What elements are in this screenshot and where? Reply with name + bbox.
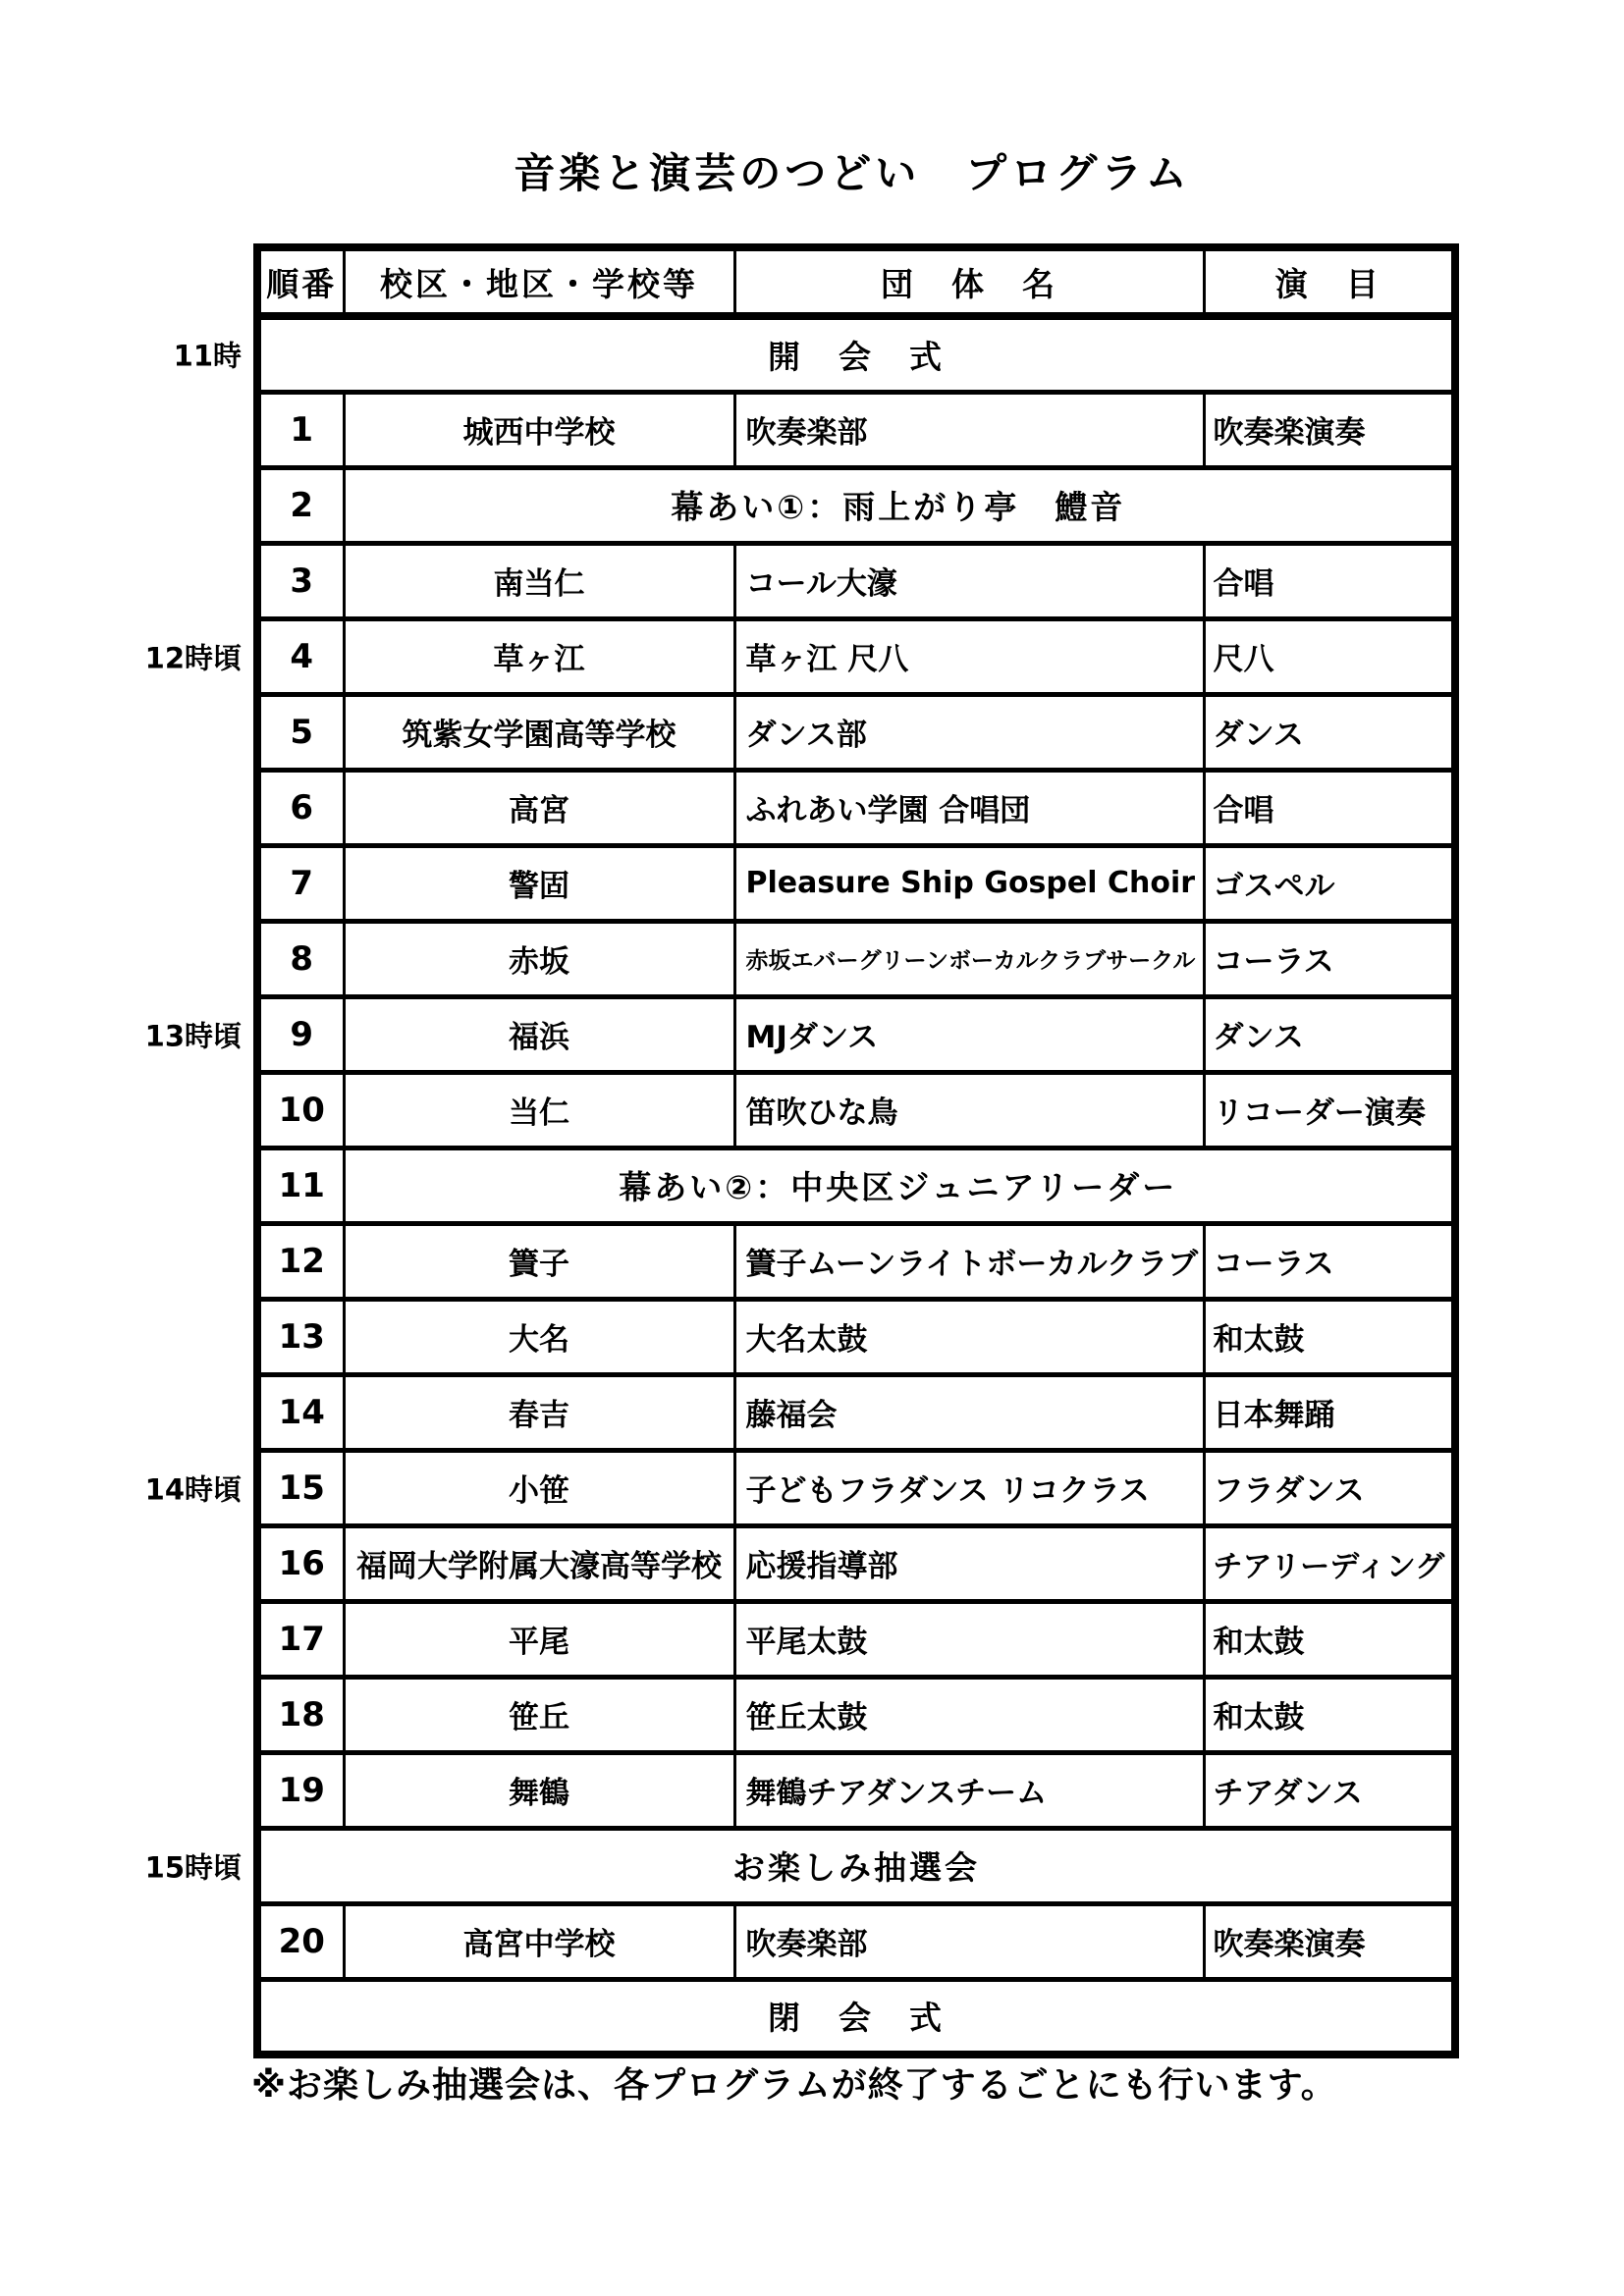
order-cell: 19 (257, 1752, 344, 1828)
table-row: 8赤坂赤坂エバーグリーンボーカルクラブサークルコーラス (257, 921, 1455, 996)
group-cell: 笹丘太鼓 (734, 1677, 1204, 1752)
order-cell: 17 (257, 1601, 344, 1677)
district-cell: 福岡大学附属大濠高等学校 (344, 1525, 734, 1601)
act-cell: 日本舞踊 (1204, 1374, 1455, 1450)
section-cell: 幕あい①：雨上がり亭 鱧音 (344, 467, 1455, 543)
group-cell: 子どもフラダンス リコクラス (734, 1450, 1204, 1525)
group-cell: ふれあい学園 合唱団 (734, 770, 1204, 845)
district-cell: 笹丘 (344, 1677, 734, 1752)
order-cell: 9 (257, 996, 344, 1072)
group-cell: 吹奏楽部 (734, 1903, 1204, 1979)
section-cell: 幕あい②：中央区ジュニアリーダー (344, 1148, 1455, 1223)
order-cell: 14 (257, 1374, 344, 1450)
table-row: 2幕あい①：雨上がり亭 鱧音 (257, 467, 1455, 543)
group-cell: 平尾太鼓 (734, 1601, 1204, 1677)
section-cell: 開 会 式 (257, 316, 1455, 392)
act-cell: ゴスペル (1204, 845, 1455, 921)
order-cell: 2 (257, 467, 344, 543)
table-row: 19舞鶴舞鶴チアダンスチームチアダンス (257, 1752, 1455, 1828)
act-cell: 和太鼓 (1204, 1677, 1455, 1752)
group-cell: 草ヶ江 尺八 (734, 618, 1204, 694)
district-cell: 南当仁 (344, 543, 734, 618)
table-row: 5筑紫女学園高等学校ダンス部ダンス (257, 694, 1455, 770)
order-cell: 18 (257, 1677, 344, 1752)
footnote: ※お楽しみ抽選会は、各プログラムが終了するごとにも行います。 (251, 2057, 1337, 2108)
district-cell: 春吉 (344, 1374, 734, 1450)
time-label: 14時頃 (59, 1468, 242, 1508)
table-row: 15小笹子どもフラダンス リコクラスフラダンス (257, 1450, 1455, 1525)
district-cell: 小笹 (344, 1450, 734, 1525)
order-cell: 1 (257, 392, 344, 467)
column-header-group: 団 体 名 (734, 247, 1204, 316)
district-cell: 当仁 (344, 1072, 734, 1148)
act-cell: フラダンス (1204, 1450, 1455, 1525)
header-row: 順番 校区・地区・学校等 団 体 名 演 目 (257, 247, 1455, 316)
table-row: 14春吉藤福会日本舞踊 (257, 1374, 1455, 1450)
time-label: 12時頃 (59, 636, 242, 676)
table-row: 16福岡大学附属大濠高等学校応援指導部チアリーディング (257, 1525, 1455, 1601)
page-title: 音楽と演芸のつどい プログラム (253, 141, 1451, 200)
district-cell: 筑紫女学園高等学校 (344, 694, 734, 770)
table-row: 13大名大名太鼓和太鼓 (257, 1299, 1455, 1374)
table-row: 17平尾平尾太鼓和太鼓 (257, 1601, 1455, 1677)
table-row: 閉 会 式 (257, 1979, 1455, 2055)
time-label: 11時 (59, 334, 242, 374)
section-cell: 閉 会 式 (257, 1979, 1455, 2055)
district-cell: 平尾 (344, 1601, 734, 1677)
group-cell: 舞鶴チアダンスチーム (734, 1752, 1204, 1828)
table-row: 11幕あい②：中央区ジュニアリーダー (257, 1148, 1455, 1223)
act-cell: 和太鼓 (1204, 1601, 1455, 1677)
group-cell: 笛吹ひな鳥 (734, 1072, 1204, 1148)
table-row: 12簀子簀子ムーンライトボーカルクラブコーラス (257, 1223, 1455, 1299)
table-row: 10当仁笛吹ひな鳥リコーダー演奏 (257, 1072, 1455, 1148)
group-cell: 赤坂エバーグリーンボーカルクラブサークル (734, 921, 1204, 996)
table-row: 3南当仁コール大濠合唱 (257, 543, 1455, 618)
table-row: 20高宮中学校吹奏楽部吹奏楽演奏 (257, 1903, 1455, 1979)
district-cell: 赤坂 (344, 921, 734, 996)
column-header-district: 校区・地区・学校等 (344, 247, 734, 316)
group-cell: 藤福会 (734, 1374, 1204, 1450)
table-row: 7警固Pleasure Ship Gospel Choirゴスペル (257, 845, 1455, 921)
order-cell: 7 (257, 845, 344, 921)
act-cell: 吹奏楽演奏 (1204, 392, 1455, 467)
order-cell: 16 (257, 1525, 344, 1601)
act-cell: コーラス (1204, 921, 1455, 996)
group-cell: コール大濠 (734, 543, 1204, 618)
order-cell: 6 (257, 770, 344, 845)
act-cell: 合唱 (1204, 770, 1455, 845)
column-header-order: 順番 (257, 247, 344, 316)
district-cell: 草ヶ江 (344, 618, 734, 694)
table-row: 6高宮ふれあい学園 合唱団合唱 (257, 770, 1455, 845)
table-row: 18笹丘笹丘太鼓和太鼓 (257, 1677, 1455, 1752)
district-cell: 高宮 (344, 770, 734, 845)
act-cell: 吹奏楽演奏 (1204, 1903, 1455, 1979)
order-cell: 8 (257, 921, 344, 996)
act-cell: 和太鼓 (1204, 1299, 1455, 1374)
district-cell: 簀子 (344, 1223, 734, 1299)
column-header-act: 演 目 (1204, 247, 1455, 316)
act-cell: コーラス (1204, 1223, 1455, 1299)
order-cell: 13 (257, 1299, 344, 1374)
group-cell: ダンス部 (734, 694, 1204, 770)
table-row: 1城西中学校吹奏楽部吹奏楽演奏 (257, 392, 1455, 467)
group-cell: 応援指導部 (734, 1525, 1204, 1601)
district-cell: 福浜 (344, 996, 734, 1072)
act-cell: リコーダー演奏 (1204, 1072, 1455, 1148)
group-cell: 簀子ムーンライトボーカルクラブ (734, 1223, 1204, 1299)
order-cell: 15 (257, 1450, 344, 1525)
group-cell: MJダンス (734, 996, 1204, 1072)
act-cell: チアリーディング (1204, 1525, 1455, 1601)
table-row: 9福浜MJダンスダンス (257, 996, 1455, 1072)
act-cell: ダンス (1204, 996, 1455, 1072)
order-cell: 11 (257, 1148, 344, 1223)
district-cell: 警固 (344, 845, 734, 921)
group-cell: Pleasure Ship Gospel Choir (734, 845, 1204, 921)
act-cell: 尺八 (1204, 618, 1455, 694)
table-row: 4草ヶ江草ヶ江 尺八尺八 (257, 618, 1455, 694)
act-cell: ダンス (1204, 694, 1455, 770)
act-cell: 合唱 (1204, 543, 1455, 618)
district-cell: 高宮中学校 (344, 1903, 734, 1979)
order-cell: 10 (257, 1072, 344, 1148)
order-cell: 3 (257, 543, 344, 618)
order-cell: 12 (257, 1223, 344, 1299)
table-row: 開 会 式 (257, 316, 1455, 392)
district-cell: 大名 (344, 1299, 734, 1374)
time-label: 15時頃 (59, 1845, 242, 1886)
district-cell: 城西中学校 (344, 392, 734, 467)
group-cell: 吹奏楽部 (734, 392, 1204, 467)
order-cell: 4 (257, 618, 344, 694)
district-cell: 舞鶴 (344, 1752, 734, 1828)
program-table: 順番 校区・地区・学校等 団 体 名 演 目 開 会 式1城西中学校吹奏楽部吹奏… (253, 243, 1459, 2058)
order-cell: 5 (257, 694, 344, 770)
time-label: 13時頃 (59, 1014, 242, 1054)
table-row: お楽しみ抽選会 (257, 1828, 1455, 1903)
section-cell: お楽しみ抽選会 (257, 1828, 1455, 1903)
order-cell: 20 (257, 1903, 344, 1979)
act-cell: チアダンス (1204, 1752, 1455, 1828)
group-cell: 大名太鼓 (734, 1299, 1204, 1374)
